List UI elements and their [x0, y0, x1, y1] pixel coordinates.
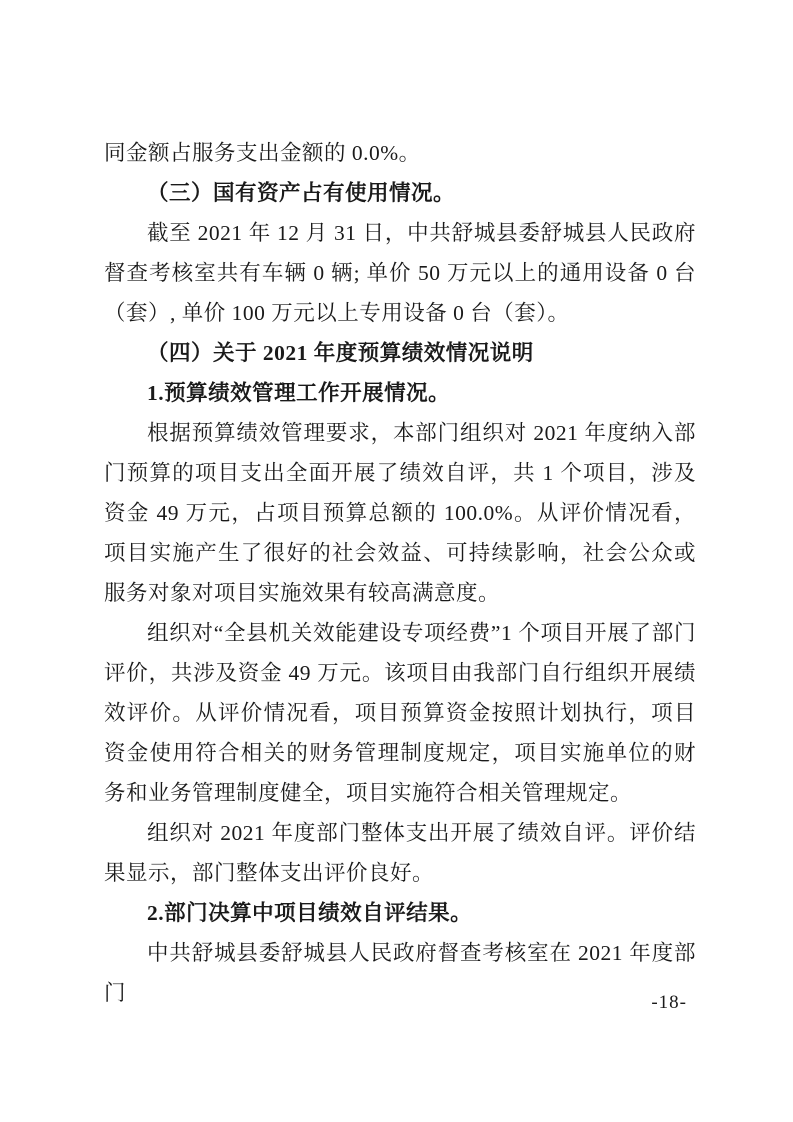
paragraph-contract-amount-continuation: 同金额占服务支出金额的 0.0%。 [104, 133, 696, 173]
heading-section-3-state-assets: （三）国有资产占有使用情况。 [104, 173, 696, 213]
heading-sub-1-performance-management: 1.预算绩效管理工作开展情况。 [104, 373, 696, 413]
paragraph-state-assets-detail: 截至 2021 年 12 月 31 日，中共舒城县委舒城县人民政府督查考核室共有… [104, 213, 696, 333]
paragraph-overall-expenditure-evaluation: 组织对 2021 年度部门整体支出开展了绩效自评。评价结果显示，部门整体支出评价… [104, 813, 696, 893]
heading-section-4-budget-performance: （四）关于 2021 年度预算绩效情况说明 [104, 333, 696, 373]
document-page: 同金额占服务支出金额的 0.0%。 （三）国有资产占有使用情况。 截至 2021… [0, 0, 793, 1122]
paragraph-performance-self-evaluation: 根据预算绩效管理要求，本部门组织对 2021 年度纳入部门预算的项目支出全面开展… [104, 413, 696, 613]
document-body: 同金额占服务支出金额的 0.0%。 （三）国有资产占有使用情况。 截至 2021… [104, 133, 696, 1013]
page-number: -18- [651, 991, 687, 1015]
paragraph-final-continuation: 中共舒城县委舒城县人民政府督查考核室在 2021 年度部门 [104, 933, 696, 1013]
heading-sub-2-final-accounts-results: 2.部门决算中项目绩效自评结果。 [104, 893, 696, 933]
paragraph-department-project-evaluation: 组织对“全县机关效能建设专项经费”1 个项目开展了部门评价，共涉及资金 49 万… [104, 613, 696, 813]
